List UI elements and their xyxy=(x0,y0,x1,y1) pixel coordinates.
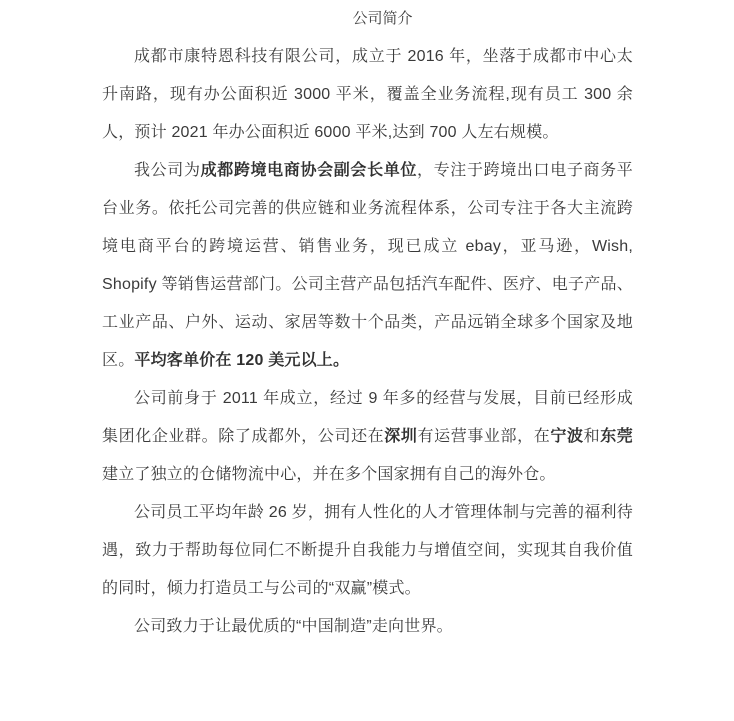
paragraph: 公司前身于 2011 年成立，经过 9 年多的经营与发展，目前已经形成集团化企业… xyxy=(102,380,633,494)
text-run: 建立了独立的仓储物流中心，并在多个国家拥有自己的海外仓。 xyxy=(102,466,556,483)
text-run: 公司员工平均年龄 26 岁，拥有人性化的人才管理体制与完善的福利待遇，致力于帮助… xyxy=(102,504,633,597)
bold-text-run: 宁波 xyxy=(550,428,583,445)
text-run: 有运营事业部，在 xyxy=(418,428,551,445)
bold-text-run: 平均客单价在 120 美元以上。 xyxy=(134,352,349,369)
paragraph: 我公司为成都跨境电商协会副会长单位，专注于跨境出口电子商务平台业务。依托公司完善… xyxy=(102,152,633,380)
document-body: 成都市康特恩科技有限公司，成立于 2016 年，坐落于成都市中心太升南路，现有办… xyxy=(102,38,633,646)
paragraph: 成都市康特恩科技有限公司，成立于 2016 年，坐落于成都市中心太升南路，现有办… xyxy=(102,38,633,152)
text-run: ，专注于跨境出口电子商务平台业务。依托公司完善的供应链和业务流程体系，公司专注于… xyxy=(102,162,633,369)
paragraph: 公司致力于让最优质的“中国制造”走向世界。 xyxy=(102,608,633,646)
document-page: 公司简介 成都市康特恩科技有限公司，成立于 2016 年，坐落于成都市中心太升南… xyxy=(0,0,734,721)
bold-text-run: 东莞 xyxy=(600,428,633,445)
bold-text-run: 深圳 xyxy=(384,428,417,445)
bold-text-run: 成都跨境电商协会副会长单位 xyxy=(201,162,417,179)
paragraph: 公司员工平均年龄 26 岁，拥有人性化的人才管理体制与完善的福利待遇，致力于帮助… xyxy=(102,494,633,608)
document-title: 公司简介 xyxy=(102,0,633,38)
text-run: 我公司为 xyxy=(134,162,201,179)
text-run: 公司致力于让最优质的“中国制造”走向世界。 xyxy=(134,618,453,635)
text-run: 成都市康特恩科技有限公司，成立于 2016 年，坐落于成都市中心太升南路，现有办… xyxy=(102,48,633,141)
text-run: 和 xyxy=(584,428,601,445)
